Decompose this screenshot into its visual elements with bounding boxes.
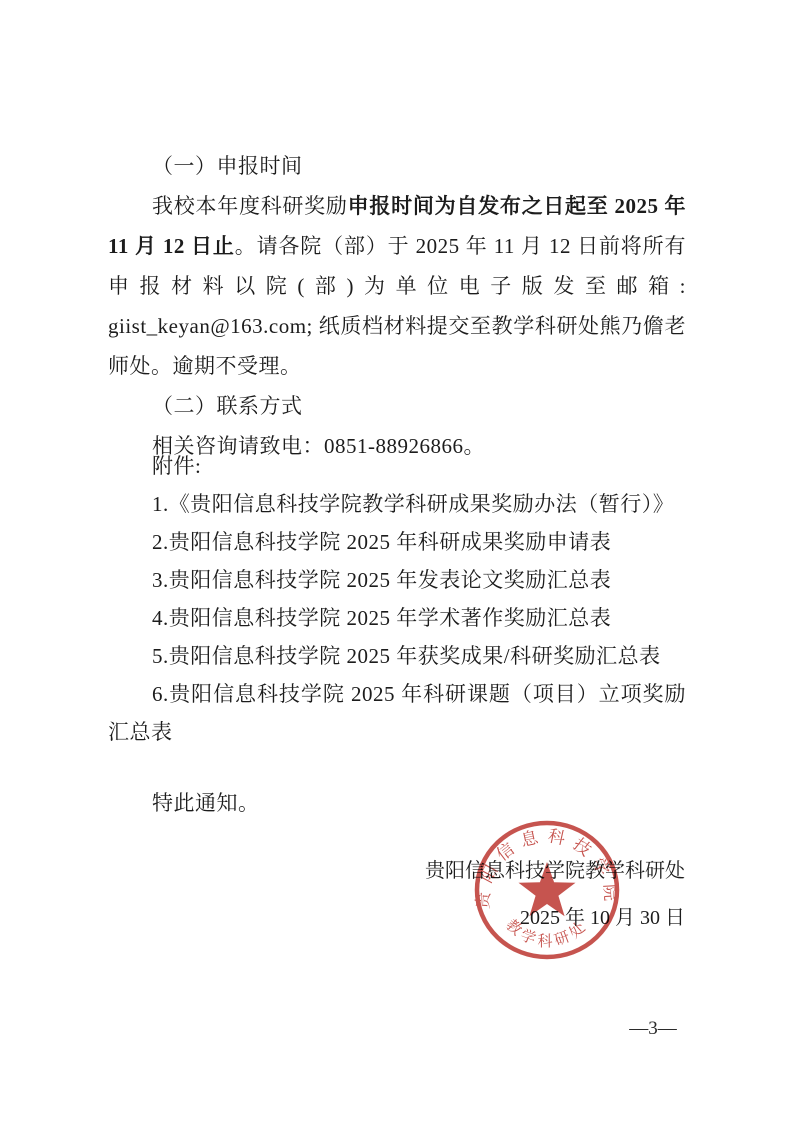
attachment-item: 5.贵阳信息科技学院 2025 年获奖成果/科研奖励汇总表 xyxy=(108,637,686,675)
closing-block: 特此通知。 xyxy=(108,783,686,823)
attachment-item: 3.贵阳信息科技学院 2025 年发表论文奖励汇总表 xyxy=(108,561,686,599)
page-number: —3— xyxy=(620,1018,686,1040)
attachment-item: 4.贵阳信息科技学院 2025 年学术著作奖励汇总表 xyxy=(108,599,686,637)
seal-bottom-text: 教学科研处 xyxy=(502,916,591,949)
seal-star-icon xyxy=(519,862,576,916)
section1-text-normal1: 我校本年度科研奖励 xyxy=(152,194,348,218)
section1-heading: （一）申报时间 xyxy=(108,146,686,186)
attachment-item: 2.贵阳信息科技学院 2025 年科研成果奖励申请表 xyxy=(108,523,686,561)
attachment-item: 1.《贵阳信息科技学院教学科研成果奖励办法（暂行）》 xyxy=(108,485,686,523)
attachments-label: 附件: xyxy=(108,447,686,485)
official-seal-stamp: 贵阳信息科技学院 教学科研处 xyxy=(472,818,622,962)
attachments-list: 附件: 1.《贵阳信息科技学院教学科研成果奖励办法（暂行）》 2.贵阳信息科技学… xyxy=(108,447,686,751)
section1-paragraph: 我校本年度科研奖励申报时间为自发布之日起至 2025 年 11 月 12 日止。… xyxy=(108,186,686,386)
notice-body: （一）申报时间 我校本年度科研奖励申报时间为自发布之日起至 2025 年 11 … xyxy=(108,146,686,466)
closing-text: 特此通知。 xyxy=(108,783,686,823)
section2-heading: （二）联系方式 xyxy=(108,386,686,426)
seal-graphic: 贵阳信息科技学院 教学科研处 xyxy=(472,818,622,962)
attachment-item: 6.贵阳信息科技学院 2025 年科研课题（项目）立项奖励汇总表 xyxy=(108,675,686,751)
